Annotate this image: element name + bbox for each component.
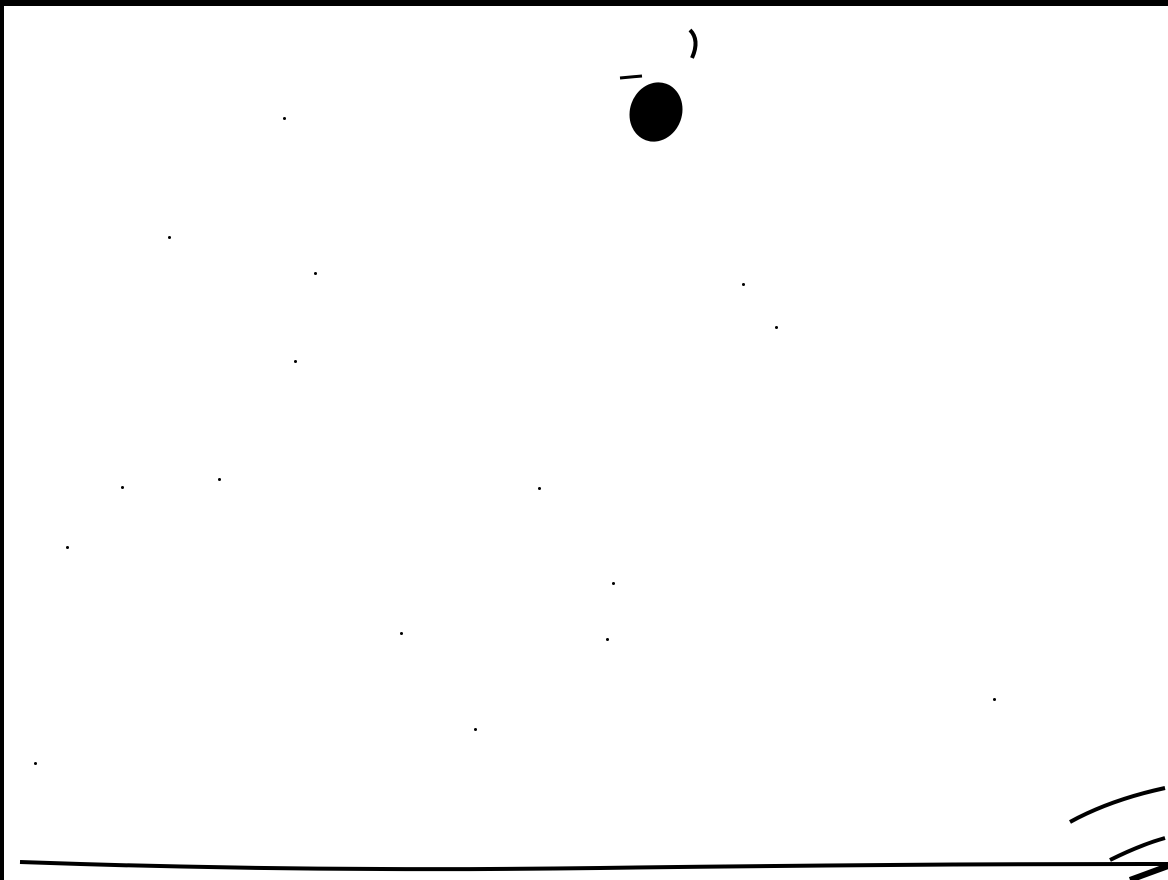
speck	[742, 283, 745, 286]
speck	[474, 728, 477, 731]
blank-surface	[0, 0, 1168, 880]
speck	[775, 326, 778, 329]
speck	[218, 478, 221, 481]
speck	[314, 272, 317, 275]
edge-lines	[0, 0, 1168, 880]
speck	[66, 546, 69, 549]
speck	[400, 632, 403, 635]
speck	[538, 487, 541, 490]
speck	[121, 486, 124, 489]
speck	[993, 698, 996, 701]
speck	[168, 236, 171, 239]
speck	[294, 360, 297, 363]
speck	[34, 762, 37, 765]
speck	[283, 117, 286, 120]
speck	[606, 638, 609, 641]
speck	[612, 582, 615, 585]
